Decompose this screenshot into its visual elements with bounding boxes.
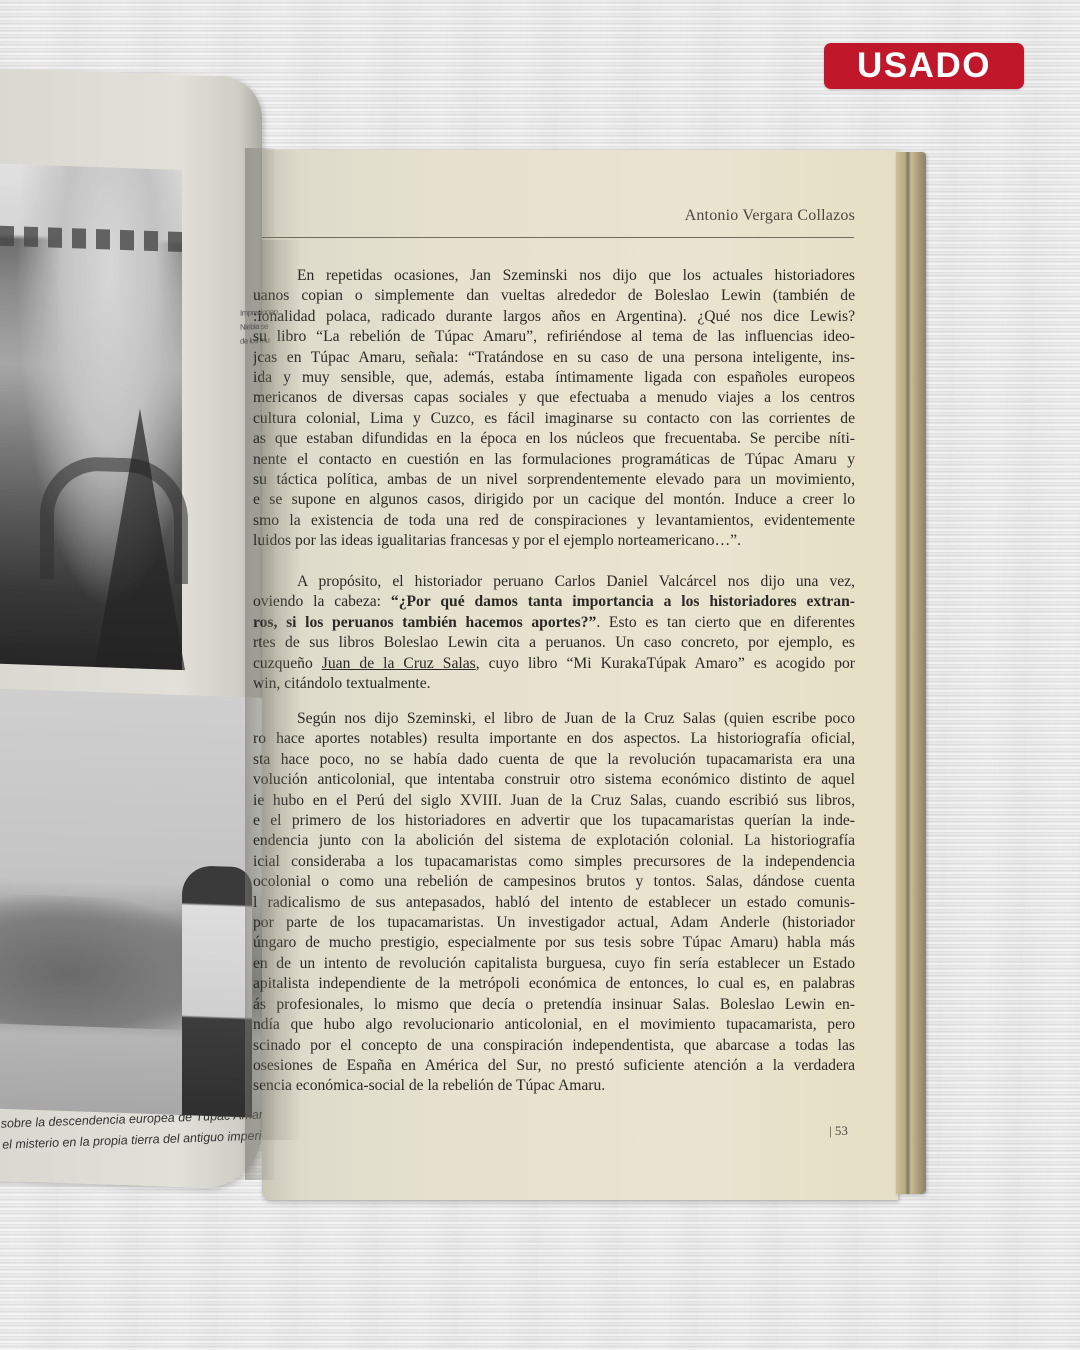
text-run: cuzqueño bbox=[253, 655, 322, 672]
text-line: ie hubo en el Perú del siglo XVIII. Juan… bbox=[253, 791, 855, 811]
text-line: Según nos dijo Szeminski, el libro de Ju… bbox=[253, 709, 855, 729]
text-line: scinado por el concepto de una conspirac… bbox=[253, 1036, 855, 1056]
text-line: En repetidas ocasiones, Jan Szeminski no… bbox=[253, 266, 855, 286]
text-run: , cuyo libro “Mi KurakaTúpak Amaro” es a… bbox=[476, 655, 855, 672]
text-line: oviendo la cabeza: “¿Por qué damos tanta… bbox=[253, 592, 855, 612]
bold-quote: ros, si los peruanos también hacemos apo… bbox=[253, 614, 596, 631]
text-line: jcas en Túpac Amaru, señala: “Tratándose… bbox=[253, 348, 855, 368]
header-rule bbox=[262, 237, 854, 238]
text-line: uanos copian o simplemente dan vueltas a… bbox=[253, 286, 855, 306]
text-line: volución anticolonial, que intentaba con… bbox=[253, 770, 855, 790]
text-line: por parte de los tupacamaristas. Un inve… bbox=[253, 913, 855, 933]
text-line: icial consideraba a los tupacamaristas c… bbox=[253, 852, 855, 872]
running-head-author: Antonio Vergara Collazos bbox=[405, 207, 855, 225]
text-run: oviendo la cabeza: bbox=[253, 593, 391, 610]
pine-tree bbox=[95, 407, 185, 670]
text-run: . Esto es tan cierto que en diferentes bbox=[596, 614, 855, 631]
text-line: :ionalidad polaca, radicado durante larg… bbox=[253, 307, 855, 327]
text-line: e el primero de los historiadores en adv… bbox=[253, 811, 855, 831]
text-line: e se supone en algunos casos, dirigido p… bbox=[253, 490, 855, 510]
used-condition-badge: USADO bbox=[824, 43, 1024, 89]
text-line: A propósito, el historiador peruano Carl… bbox=[253, 572, 855, 592]
paragraph-1: En repetidas ocasiones, Jan Szeminski no… bbox=[253, 266, 855, 552]
paragraph-3: Según nos dijo Szeminski, el libro de Ju… bbox=[253, 709, 855, 1097]
text-line: sencia económica-social de la rebelión d… bbox=[253, 1076, 855, 1096]
text-line: as que estaban difundidas en la época en… bbox=[253, 429, 855, 449]
text-line: ro hace aportes notables) resulta import… bbox=[253, 729, 855, 749]
text-line: nente el contacto en cuestión en las for… bbox=[253, 450, 855, 470]
text-line: su táctica política, ambas de un nivel s… bbox=[253, 470, 855, 490]
text-line: sta hace poco, no se había dado cuenta d… bbox=[253, 750, 855, 770]
text-line: ros, si los peruanos también hacemos apo… bbox=[253, 613, 855, 633]
text-line: mericanos de diversas capas sociales y q… bbox=[253, 388, 855, 408]
text-line: l radicalismo de sus antepasados, habló … bbox=[253, 893, 855, 913]
text-line: ocolonial o como una rebelión de campesi… bbox=[253, 872, 855, 892]
text-line: en de un intento de revolución capitalis… bbox=[253, 954, 855, 974]
battlements bbox=[0, 226, 182, 252]
page-edges bbox=[896, 152, 926, 1194]
text-line: ida y muy sensible, que, además, estaba … bbox=[253, 368, 855, 388]
text-line: luidos por las ideas igualitarias france… bbox=[253, 531, 855, 551]
lake-photo bbox=[0, 689, 262, 1118]
text-line: endencia junto con la abolición del sist… bbox=[253, 831, 855, 851]
text-line: apitalista independiente de la metrópoli… bbox=[253, 974, 855, 994]
text-line: osesiones de España en América del Sur, … bbox=[253, 1056, 855, 1076]
text-line: win, citándolo textualmente. bbox=[253, 674, 855, 694]
photo-caption: sobre la descendencia europea de Túpac A… bbox=[0, 1105, 262, 1156]
text-line: ás profesionales, lo mismo que decía o p… bbox=[253, 995, 855, 1015]
paragraph-2: A propósito, el historiador peruano Carl… bbox=[253, 572, 855, 694]
man-figure bbox=[182, 865, 252, 1117]
text-line: smo la existencia de toda una red de con… bbox=[253, 511, 855, 531]
left-page: sobre la descendencia europea de Túpac A… bbox=[0, 68, 262, 1190]
text-line: su libro “La rebelión de Túpac Amaru”, r… bbox=[253, 327, 855, 347]
underlined-name: Juan de la Cruz Salas bbox=[322, 655, 476, 672]
bold-quote: “¿Por qué damos tanta importancia a los … bbox=[391, 593, 855, 610]
text-line: úngaro de mucho prestigio, especialmente… bbox=[253, 933, 855, 953]
text-line: rtes de sus libros Boleslao Lewin cita a… bbox=[253, 633, 855, 653]
page-number: | 53 bbox=[829, 1123, 848, 1139]
text-line: ndía que hubo algo revolucionario antico… bbox=[253, 1015, 855, 1035]
text-line: cuzqueño Juan de la Cruz Salas, cuyo lib… bbox=[253, 654, 855, 674]
text-line: cultura colonial, Lima y Cuzco, es fácil… bbox=[253, 409, 855, 429]
castle-photo bbox=[0, 164, 182, 670]
